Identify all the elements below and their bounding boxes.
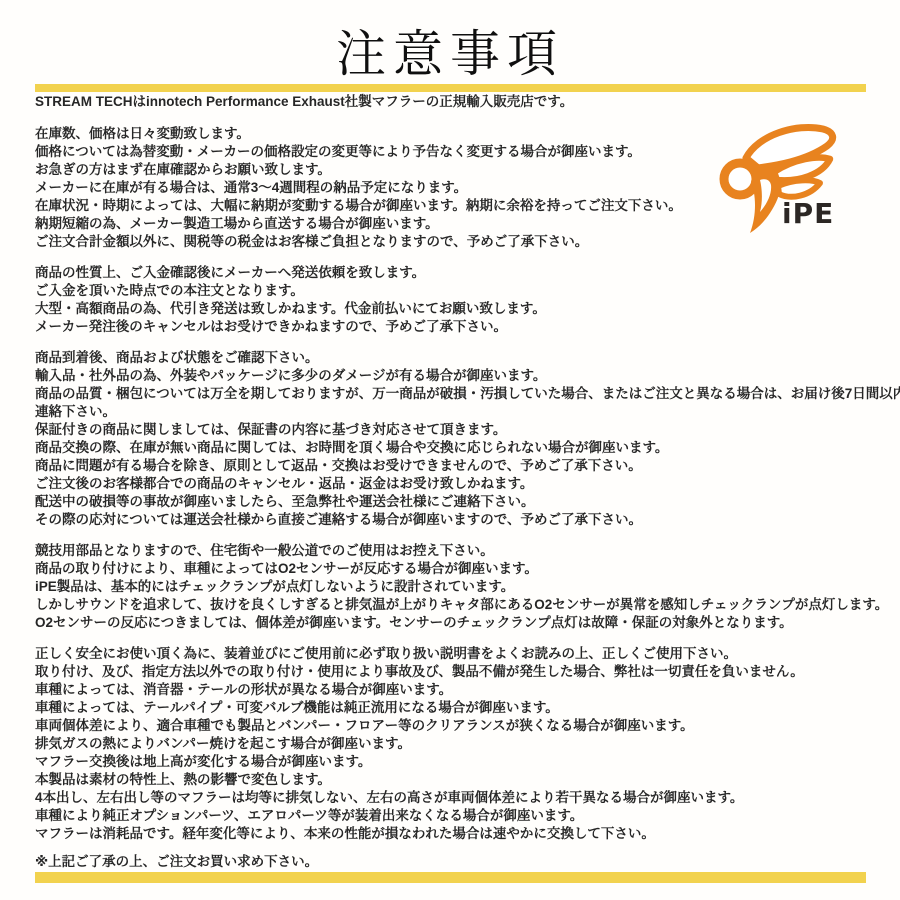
body-line: メーカーに在庫が有る場合は、通常3〜4週間程の納品予定になります。: [35, 179, 880, 197]
body-line: マフラーは消耗品です。経年変化等により、本来の性能が損なわれた場合は速やかに交換…: [35, 825, 880, 843]
body-line: 正しく安全にお使い頂く為に、装着並びにご使用前に必ず取り扱い説明書をよくお読みの…: [35, 645, 880, 663]
body-line: 配送中の破損等の事故が御座いましたら、至急弊社や運送会社様にご連絡下さい。: [35, 493, 880, 511]
body-line: 本製品は素材の特性上、熱の影響で変色します。: [35, 771, 880, 789]
paragraph: 商品の性質上、ご入金確認後にメーカーへ発送依頼を致します。ご入金を頂いた時点での…: [35, 264, 880, 336]
body-line: 取り付け、及び、指定方法以外での取り付け・使用により事故及び、製品不備が発生した…: [35, 663, 880, 681]
body-line: 競技用部品となりますので、住宅街や一般公道でのご使用はお控え下さい。: [35, 542, 880, 560]
body-line: しかしサウンドを追求して、抜けを良くしすぎると排気温が上がりキャタ部にあるO2セ…: [35, 596, 880, 614]
body-line: 車種によっては、テールパイプ・可変バルブ機能は純正流用になる場合が御座います。: [35, 699, 880, 717]
body-line: 商品の品質・梱包については万全を期しておりますが、万一商品が破損・汚損していた場…: [35, 385, 880, 403]
body-line: 在庫数、価格は日々変動致します。: [35, 125, 880, 143]
body-line: 大型・高額商品の為、代引き発送は致しかねます。代金前払いにてお願い致します。: [35, 300, 880, 318]
body-line: 連絡下さい。: [35, 403, 880, 421]
paragraph: 競技用部品となりますので、住宅街や一般公道でのご使用はお控え下さい。商品の取り付…: [35, 542, 880, 632]
paragraph: 商品到着後、商品および状態をご確認下さい。輸入品・社外品の為、外装やパッケージに…: [35, 349, 880, 529]
body-line: 車種により純正オプションパーツ、エアロパーツ等が装着出来なくなる場合が御座います…: [35, 807, 880, 825]
body-line: ご注文合計金額以外に、関税等の税金はお客様ご負担となりますので、予めご了承下さい…: [35, 233, 880, 251]
body-line: 車両個体差により、適合車種でも製品とバンパー・フロアー等のクリアランスが狭くなる…: [35, 717, 880, 735]
paragraph: 正しく安全にお使い頂く為に、装着並びにご使用前に必ず取り扱い説明書をよくお読みの…: [35, 645, 880, 843]
bottom-divider: [35, 872, 866, 883]
body-line: 商品に問題が有る場合を除き、原則として返品・交換はお受けできませんので、予めご了…: [35, 457, 880, 475]
body-line: 排気ガスの熱によりバンパー焼けを起こす場合が御座います。: [35, 735, 880, 753]
footer-note: ※上記ご了承の上、ご注文お買い求め下さい。: [35, 853, 318, 871]
top-divider: [35, 84, 866, 92]
paragraph: 在庫数、価格は日々変動致します。価格については為替変動・メーカーの価格設定の変更…: [35, 125, 880, 251]
body-line: その際の応対については運送会社様から直接ご連絡する場合が御座いますので、予めご了…: [35, 511, 880, 529]
body-line: メーカー発注後のキャンセルはお受けできかねますので、予めご了承下さい。: [35, 318, 880, 336]
body-text: 在庫数、価格は日々変動致します。価格については為替変動・メーカーの価格設定の変更…: [35, 125, 880, 856]
body-line: ご注文後のお客様都合での商品のキャンセル・返品・返金はお受け致しかねます。: [35, 475, 880, 493]
body-line: 在庫状況・時期によっては、大幅に納期が変動する場合が御座います。納期に余裕を持っ…: [35, 197, 880, 215]
body-line: 保証付きの商品に関しましては、保証書の内容に基づき対応させて頂きます。: [35, 421, 880, 439]
body-line: マフラー交換後は地上高が変化する場合が御座います。: [35, 753, 880, 771]
body-line: 価格については為替変動・メーカーの価格設定の変更等により予告なく変更する場合が御…: [35, 143, 880, 161]
body-line: 商品到着後、商品および状態をご確認下さい。: [35, 349, 880, 367]
body-line: 車種によっては、消音器・テールの形状が異なる場合が御座います。: [35, 681, 880, 699]
body-line: 商品の取り付けにより、車種によってはO2センサーが反応する場合が御座います。: [35, 560, 880, 578]
notice-page: 注意事項 STREAM TECHはinnotech Performance Ex…: [0, 0, 900, 900]
body-line: 納期短縮の為、メーカー製造工場から直送する場合が御座います。: [35, 215, 880, 233]
body-line: iPE製品は、基本的にはチェックランプが点灯しないように設計されています。: [35, 578, 880, 596]
page-title: 注意事項: [0, 14, 900, 86]
body-line: 4本出し、左右出し等のマフラーは均等に排気しない、左右の高さが車両個体差により若…: [35, 789, 880, 807]
body-line: 輸入品・社外品の為、外装やパッケージに多少のダメージが有る場合が御座います。: [35, 367, 880, 385]
body-line: 商品交換の際、在庫が無い商品に関しては、お時間を頂く場合や交換に応じられない場合…: [35, 439, 880, 457]
body-line: ご入金を頂いた時点での本注文となります。: [35, 282, 880, 300]
body-line: 商品の性質上、ご入金確認後にメーカーへ発送依頼を致します。: [35, 264, 880, 282]
body-line: お急ぎの方はまず在庫確認からお願い致します。: [35, 161, 880, 179]
body-line: O2センサーの反応につきましては、個体差が御座います。センサーのチェックランプ点…: [35, 614, 880, 632]
intro-line: STREAM TECHはinnotech Performance Exhaust…: [35, 93, 573, 111]
